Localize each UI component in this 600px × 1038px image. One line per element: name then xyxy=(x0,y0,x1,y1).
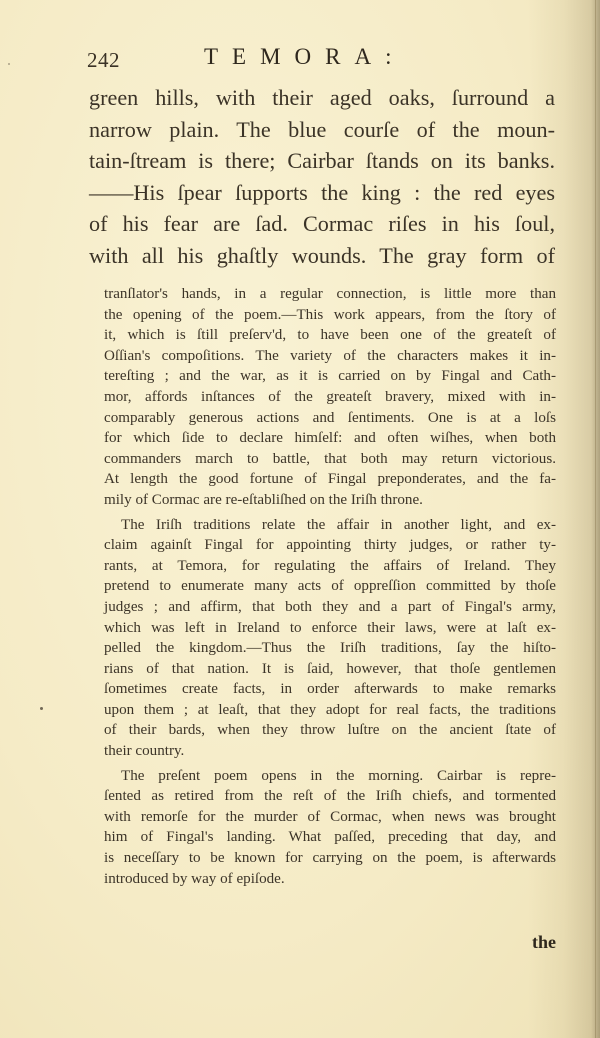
note-line: the opening of the poem.—This work appea… xyxy=(104,305,556,326)
footnote-text: tranſlator's hands, in a regular connect… xyxy=(104,284,556,889)
page-gutter-edge xyxy=(595,0,596,1038)
note-line: pretend to enumerate many acts of oppreſ… xyxy=(104,576,556,597)
note-line: At length the good fortune of Fingal pre… xyxy=(104,469,556,490)
poem-line: of his fear are ſad. Cormac riſes in his… xyxy=(89,208,555,240)
poem-line: green hills, with their aged oaks, ſurro… xyxy=(89,82,555,114)
note-line: for which ſide to declare himſelf: and o… xyxy=(104,428,556,449)
note-line: pelled the kingdom.—Thus the Iriſh tradi… xyxy=(104,638,556,659)
note-line: him of Fingal's landing. What paſſed, pr… xyxy=(104,827,556,848)
catchword: the xyxy=(532,932,556,953)
poem-line: narrow plain. The blue courſe of the mou… xyxy=(89,114,555,146)
note-line: ſented as retired from the reſt of the I… xyxy=(104,786,556,807)
note-line: Oſſian's compoſitions. The variety of th… xyxy=(104,346,556,367)
note-line: their country. xyxy=(104,741,556,762)
poem-line: ——His ſpear ſupports the king : the red … xyxy=(89,177,555,209)
note-line: introduced by way of epiſode. xyxy=(104,869,556,890)
footnote-paragraph-1: tranſlator's hands, in a regular connect… xyxy=(104,284,556,511)
note-line: The Iriſh traditions relate the affair i… xyxy=(104,515,556,536)
note-line: commanders march to battle, that both ma… xyxy=(104,449,556,470)
paper-speck xyxy=(40,707,43,710)
note-line: ſometimes create facts, in order afterwa… xyxy=(104,679,556,700)
note-line: is neceſſary to be known for carrying on… xyxy=(104,848,556,869)
note-line: The preſent poem opens in the morning. C… xyxy=(104,766,556,787)
note-line: rants, at Temora, for regulating the aff… xyxy=(104,556,556,577)
note-line: of their bards, when they throw luſtre o… xyxy=(104,720,556,741)
note-line: tereſting ; and the war, as it is carrie… xyxy=(104,366,556,387)
note-line: comparably generous actions and ſentimen… xyxy=(104,408,556,429)
note-line: mily of Cormac are re-eſtabliſhed on the… xyxy=(104,490,556,511)
poem-line: tain-ſtream is there; Cairbar ſtands on … xyxy=(89,145,555,177)
note-line: claim againſt Fingal for appointing thir… xyxy=(104,535,556,556)
note-line: it, which is ſtill preſerv'd, to have be… xyxy=(104,325,556,346)
footnote-paragraph-2: The Iriſh traditions relate the affair i… xyxy=(104,515,556,762)
note-line: with remorſe for the murder of Cormac, w… xyxy=(104,807,556,828)
note-line: upon them ; at leaſt, that they adopt fo… xyxy=(104,700,556,721)
note-line: judges ; and affirm, that both they and … xyxy=(104,597,556,618)
page-header: 242 TEMORA: xyxy=(87,44,557,74)
poem-text: green hills, with their aged oaks, ſurro… xyxy=(89,82,555,272)
note-line: rians of that nation. It is ſaid, howeve… xyxy=(104,659,556,680)
note-line: mor, affords inſtances of the greateſt b… xyxy=(104,387,556,408)
running-title: TEMORA: xyxy=(204,44,406,70)
footnote-paragraph-3: The preſent poem opens in the morning. C… xyxy=(104,766,556,890)
paper-speck xyxy=(8,63,10,65)
page-number: 242 xyxy=(87,48,120,73)
poem-line: with all his ghaſtly wounds. The gray fo… xyxy=(89,240,555,272)
note-line: tranſlator's hands, in a regular connect… xyxy=(104,284,556,305)
note-line: which was left in Ireland to enforce the… xyxy=(104,618,556,639)
